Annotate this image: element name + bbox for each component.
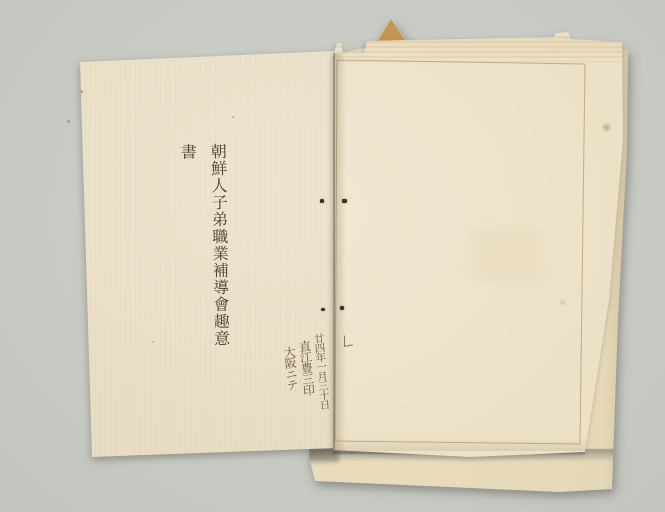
right-page-shadow-wrapper — [0, 0, 665, 512]
handwritten-check-mark — [344, 334, 353, 347]
right-page-bottom-shade — [333, 437, 587, 451]
seam-line — [333, 53, 335, 450]
foxing-stain — [470, 230, 540, 280]
document-photo: 朝鮮人子弟職業補導會趣意書 廿四年一月三十日 直江豊三印 大阪ニテ — [0, 0, 665, 512]
right-page — [0, 0, 665, 512]
staple-dot — [340, 306, 344, 310]
seam-shadow — [333, 53, 346, 451]
foxing-spot — [560, 300, 565, 305]
staple-dot — [342, 199, 347, 203]
foxing-spot — [603, 124, 610, 131]
printed-frame-border — [0, 0, 665, 512]
